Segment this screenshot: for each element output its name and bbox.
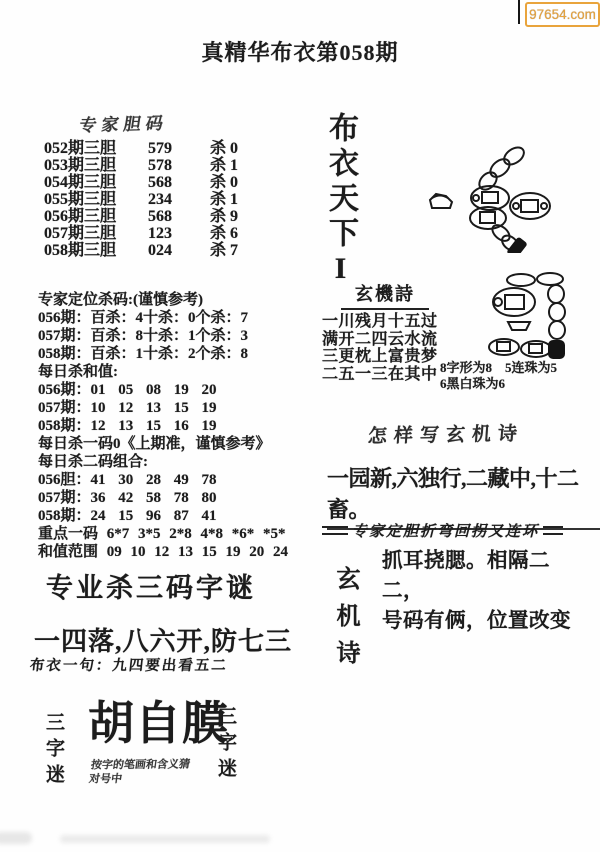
bottom-poem-line: 抓耳挠腮。相隔二二， <box>382 546 582 606</box>
table-row: 053期三胆 578 杀 1 <box>44 157 270 174</box>
kill-one-code-line: 每日杀一码0《上期准，谨慎参考》 <box>38 435 318 453</box>
value-cell: 123 <box>148 225 210 242</box>
caption-line: 8字形为8 5连珠为5 <box>440 360 557 376</box>
double-line-right <box>543 526 563 535</box>
riddle-main-line: 一四落,八六开,防七三 <box>34 621 292 658</box>
buyi-sentence: 布衣一句：九四要出看五二 <box>29 654 229 675</box>
kill-pos-row: 056期：百杀：4十杀：0个杀：7 <box>38 309 318 327</box>
issue-cell: 052期三胆 <box>44 140 148 157</box>
kill-number-section: 专家定位杀码:(谨慎参考) 056期：百杀：4十杀：0个杀：7 057期：百杀：… <box>38 291 318 561</box>
table-row: 057期三胆 123 杀 6 <box>44 225 270 242</box>
kill-sum-row: 056期：01 05 08 19 20 <box>38 381 318 399</box>
three-char-label-right: 三字迷 <box>212 706 239 784</box>
sum-range-line: 和值范围 09 10 12 13 15 19 20 24 <box>38 543 318 561</box>
divider-line <box>518 0 520 24</box>
kill-cell: 杀 9 <box>210 208 270 225</box>
mystery-poem-lines: 一川残月十五过 满开二四云水流 三更枕上富贵梦 二五一三在其中 <box>322 313 448 383</box>
expert-banner: 专家定胆折弯回拐又连环 <box>322 520 590 541</box>
value-cell: 234 <box>148 191 210 208</box>
poem-line: 三更枕上富贵梦 <box>322 348 448 366</box>
table-row: 058期三胆 024 杀 7 <box>44 242 270 259</box>
kill-cell: 杀 1 <box>210 157 270 174</box>
doodle-caption: 8字形为8 5连珠为5 6黑白珠为6 <box>440 360 557 392</box>
kill-pos-row: 057期：百杀：8十杀：1个杀：3 <box>38 327 318 345</box>
value-cell: 578 <box>148 157 210 174</box>
bottom-poem-line: 号码有俩，位置改变 <box>382 606 582 636</box>
three-char-note: 按字的笔画和含义猜 对号中 <box>88 758 191 787</box>
three-char-label-left: 三字迷 <box>40 712 67 790</box>
note-line: 按字的笔画和含义猜 <box>90 758 191 773</box>
expert-dan-table: 052期三胆 579 杀 0 053期三胆 578 杀 1 054期三胆 568… <box>44 140 270 259</box>
kill-two-code-row: 058期：24 15 96 87 41 <box>38 507 318 525</box>
issue-cell: 053期三胆 <box>44 157 148 174</box>
site-link[interactable]: 97654.com <box>525 2 600 27</box>
table-row: 055期三胆 234 杀 1 <box>44 191 270 208</box>
table-row: 054期三胆 568 杀 0 <box>44 174 270 191</box>
scan-artifact <box>60 835 270 843</box>
issue-cell: 056期三胆 <box>44 208 148 225</box>
issue-cell: 055期三胆 <box>44 191 148 208</box>
key-code-line: 重点一码 6*7 3*5 2*8 4*8 *6* *5* <box>38 525 318 543</box>
bottom-poem-text: 抓耳挠腮。相隔二二， 号码有俩，位置改变 <box>382 546 582 636</box>
issue-cell: 057期三胆 <box>44 225 148 242</box>
poem-line: 二五一三在其中 <box>322 366 448 384</box>
kill-cell: 杀 0 <box>210 140 270 157</box>
expert-dan-header: 专家胆码 <box>78 109 170 136</box>
kill-cell: 杀 6 <box>210 225 270 242</box>
table-row: 056期三胆 568 杀 9 <box>44 208 270 225</box>
buyi-sheet-page: 97654.com 真精华布衣第058期 专家胆码 052期三胆 579 杀 0… <box>0 0 600 852</box>
kill-pos-row: 058期：百杀：1十杀：2个杀：8 <box>38 345 318 363</box>
handwritten-header: 怎样写玄机诗 <box>367 419 525 449</box>
value-cell: 024 <box>148 242 210 259</box>
buyi-tianxia-title: 布衣天下I <box>318 112 362 290</box>
value-cell: 568 <box>148 208 210 225</box>
mystery-poem-title: 玄機詩 <box>341 280 429 310</box>
kill-two-code-title: 每日杀二码组合: <box>38 453 318 471</box>
mystery-poem-block: 玄機詩 一川残月十五过 满开二四云水流 三更枕上富贵梦 二五一三在其中 <box>322 280 448 383</box>
mystery-poem-side-label: 玄机诗 <box>328 566 363 677</box>
coin-chain-doodle <box>408 138 558 253</box>
kill-cell: 杀 0 <box>210 174 270 191</box>
kill-pos-title: 专家定位杀码:(谨慎参考) <box>38 291 318 309</box>
coin-string-doodle <box>478 270 578 362</box>
value-cell: 579 <box>148 140 210 157</box>
value-cell: 568 <box>148 174 210 191</box>
poem-line: 满开二四云水流 <box>322 331 448 349</box>
kill-sum-row: 057期：10 12 13 15 19 <box>38 399 318 417</box>
page-title: 真精华布衣第058期 <box>0 36 600 67</box>
banner-text: 专家定胆折弯回拐又连环 <box>352 520 539 541</box>
riddle-title: 专业杀三码字谜 <box>46 566 256 605</box>
kill-cell: 杀 1 <box>210 191 270 208</box>
issue-cell: 054期三胆 <box>44 174 148 191</box>
table-row: 052期三胆 579 杀 0 <box>44 140 270 157</box>
double-line-left <box>322 526 348 535</box>
three-char-answer: 胡自膜 <box>88 698 229 750</box>
kill-cell: 杀 7 <box>210 242 270 259</box>
poem-line: 一川残月十五过 <box>322 313 448 331</box>
kill-two-code-row: 057期：36 42 58 78 80 <box>38 489 318 507</box>
kill-sum-title: 每日杀和值: <box>38 363 318 381</box>
caption-line: 6黑白珠为6 <box>440 376 557 392</box>
note-line: 对号中 <box>88 772 189 787</box>
kill-sum-row: 058期：12 13 15 16 19 <box>38 417 318 435</box>
issue-cell: 058期三胆 <box>44 242 148 259</box>
scan-artifact <box>0 832 32 844</box>
kill-two-code-row: 056胆：41 30 28 49 78 <box>38 471 318 489</box>
